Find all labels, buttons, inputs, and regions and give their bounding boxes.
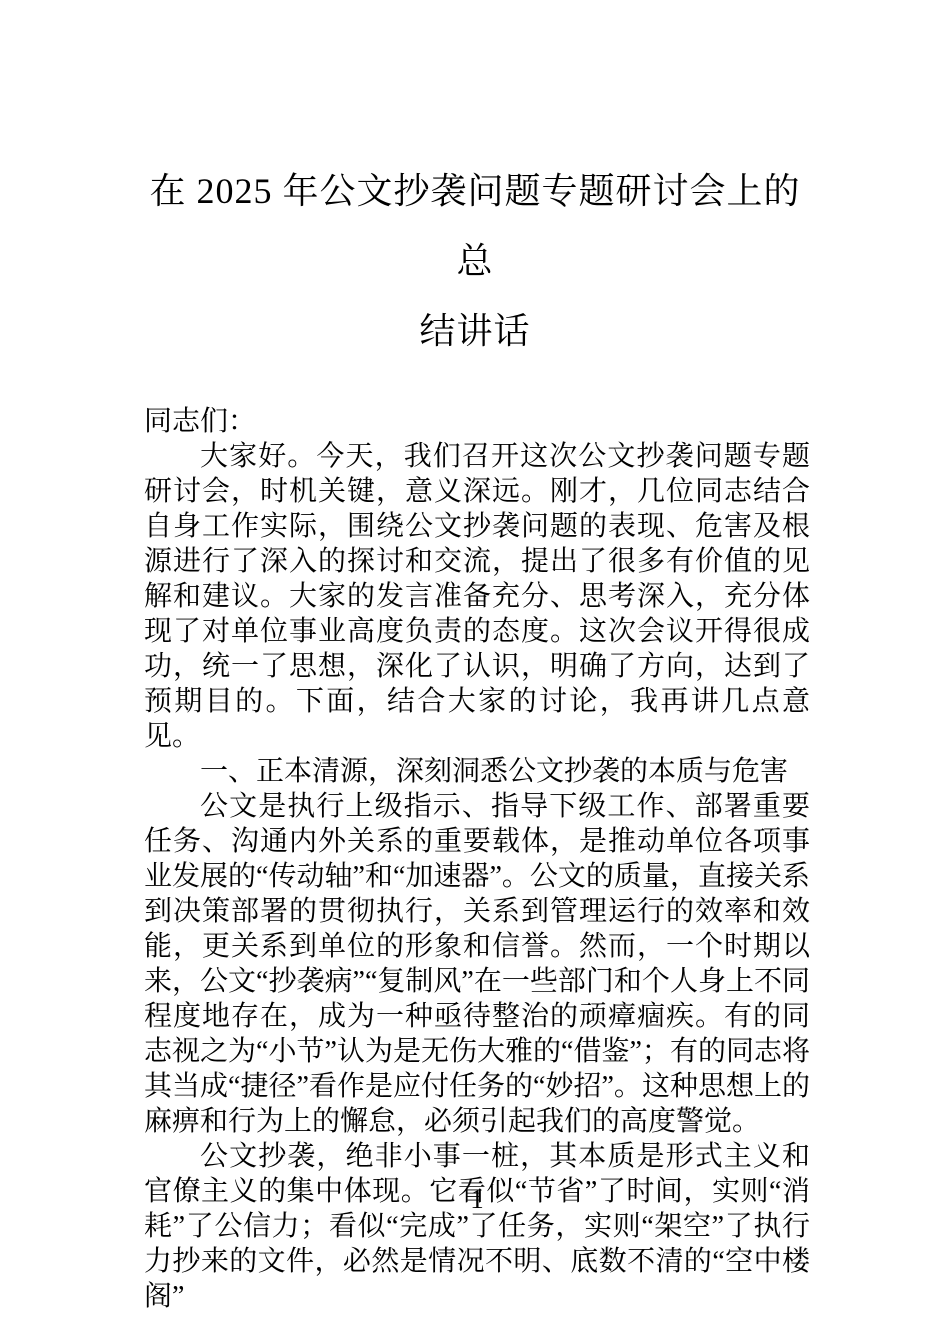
document-title: 在 2025 年公文抄袭问题专题研讨会上的总 结讲话	[142, 0, 808, 366]
document-page: 在 2025 年公文抄袭问题专题研讨会上的总 结讲话 同志们：大家好。今天，我们…	[0, 0, 950, 1344]
document-title-line-1: 在 2025 年公文抄袭问题专题研讨会上的总	[142, 156, 808, 296]
body-paragraph: 公文抄袭，绝非小事一桩，其本质是形式主义和官僚主义的集中体现。它看似“节省”了时…	[144, 1139, 810, 1314]
salutation-line: 同志们：	[144, 404, 810, 439]
body-paragraph: 大家好。今天，我们召开这次公文抄袭问题专题研讨会，时机关键，意义深远。刚才，几位…	[144, 439, 810, 754]
body-paragraph: 公文是执行上级指示、指导下级工作、部署重要任务、沟通内外关系的重要载体，是推动单…	[144, 789, 810, 1139]
document-title-line-2: 结讲话	[142, 296, 808, 366]
page-number: 1	[144, 1183, 810, 1215]
document-body: 同志们：大家好。今天，我们召开这次公文抄袭问题专题研讨会，时机关键，意义深远。刚…	[144, 404, 810, 1314]
section-heading: 一、正本清源，深刻洞悉公文抄袭的本质与危害	[144, 754, 810, 789]
